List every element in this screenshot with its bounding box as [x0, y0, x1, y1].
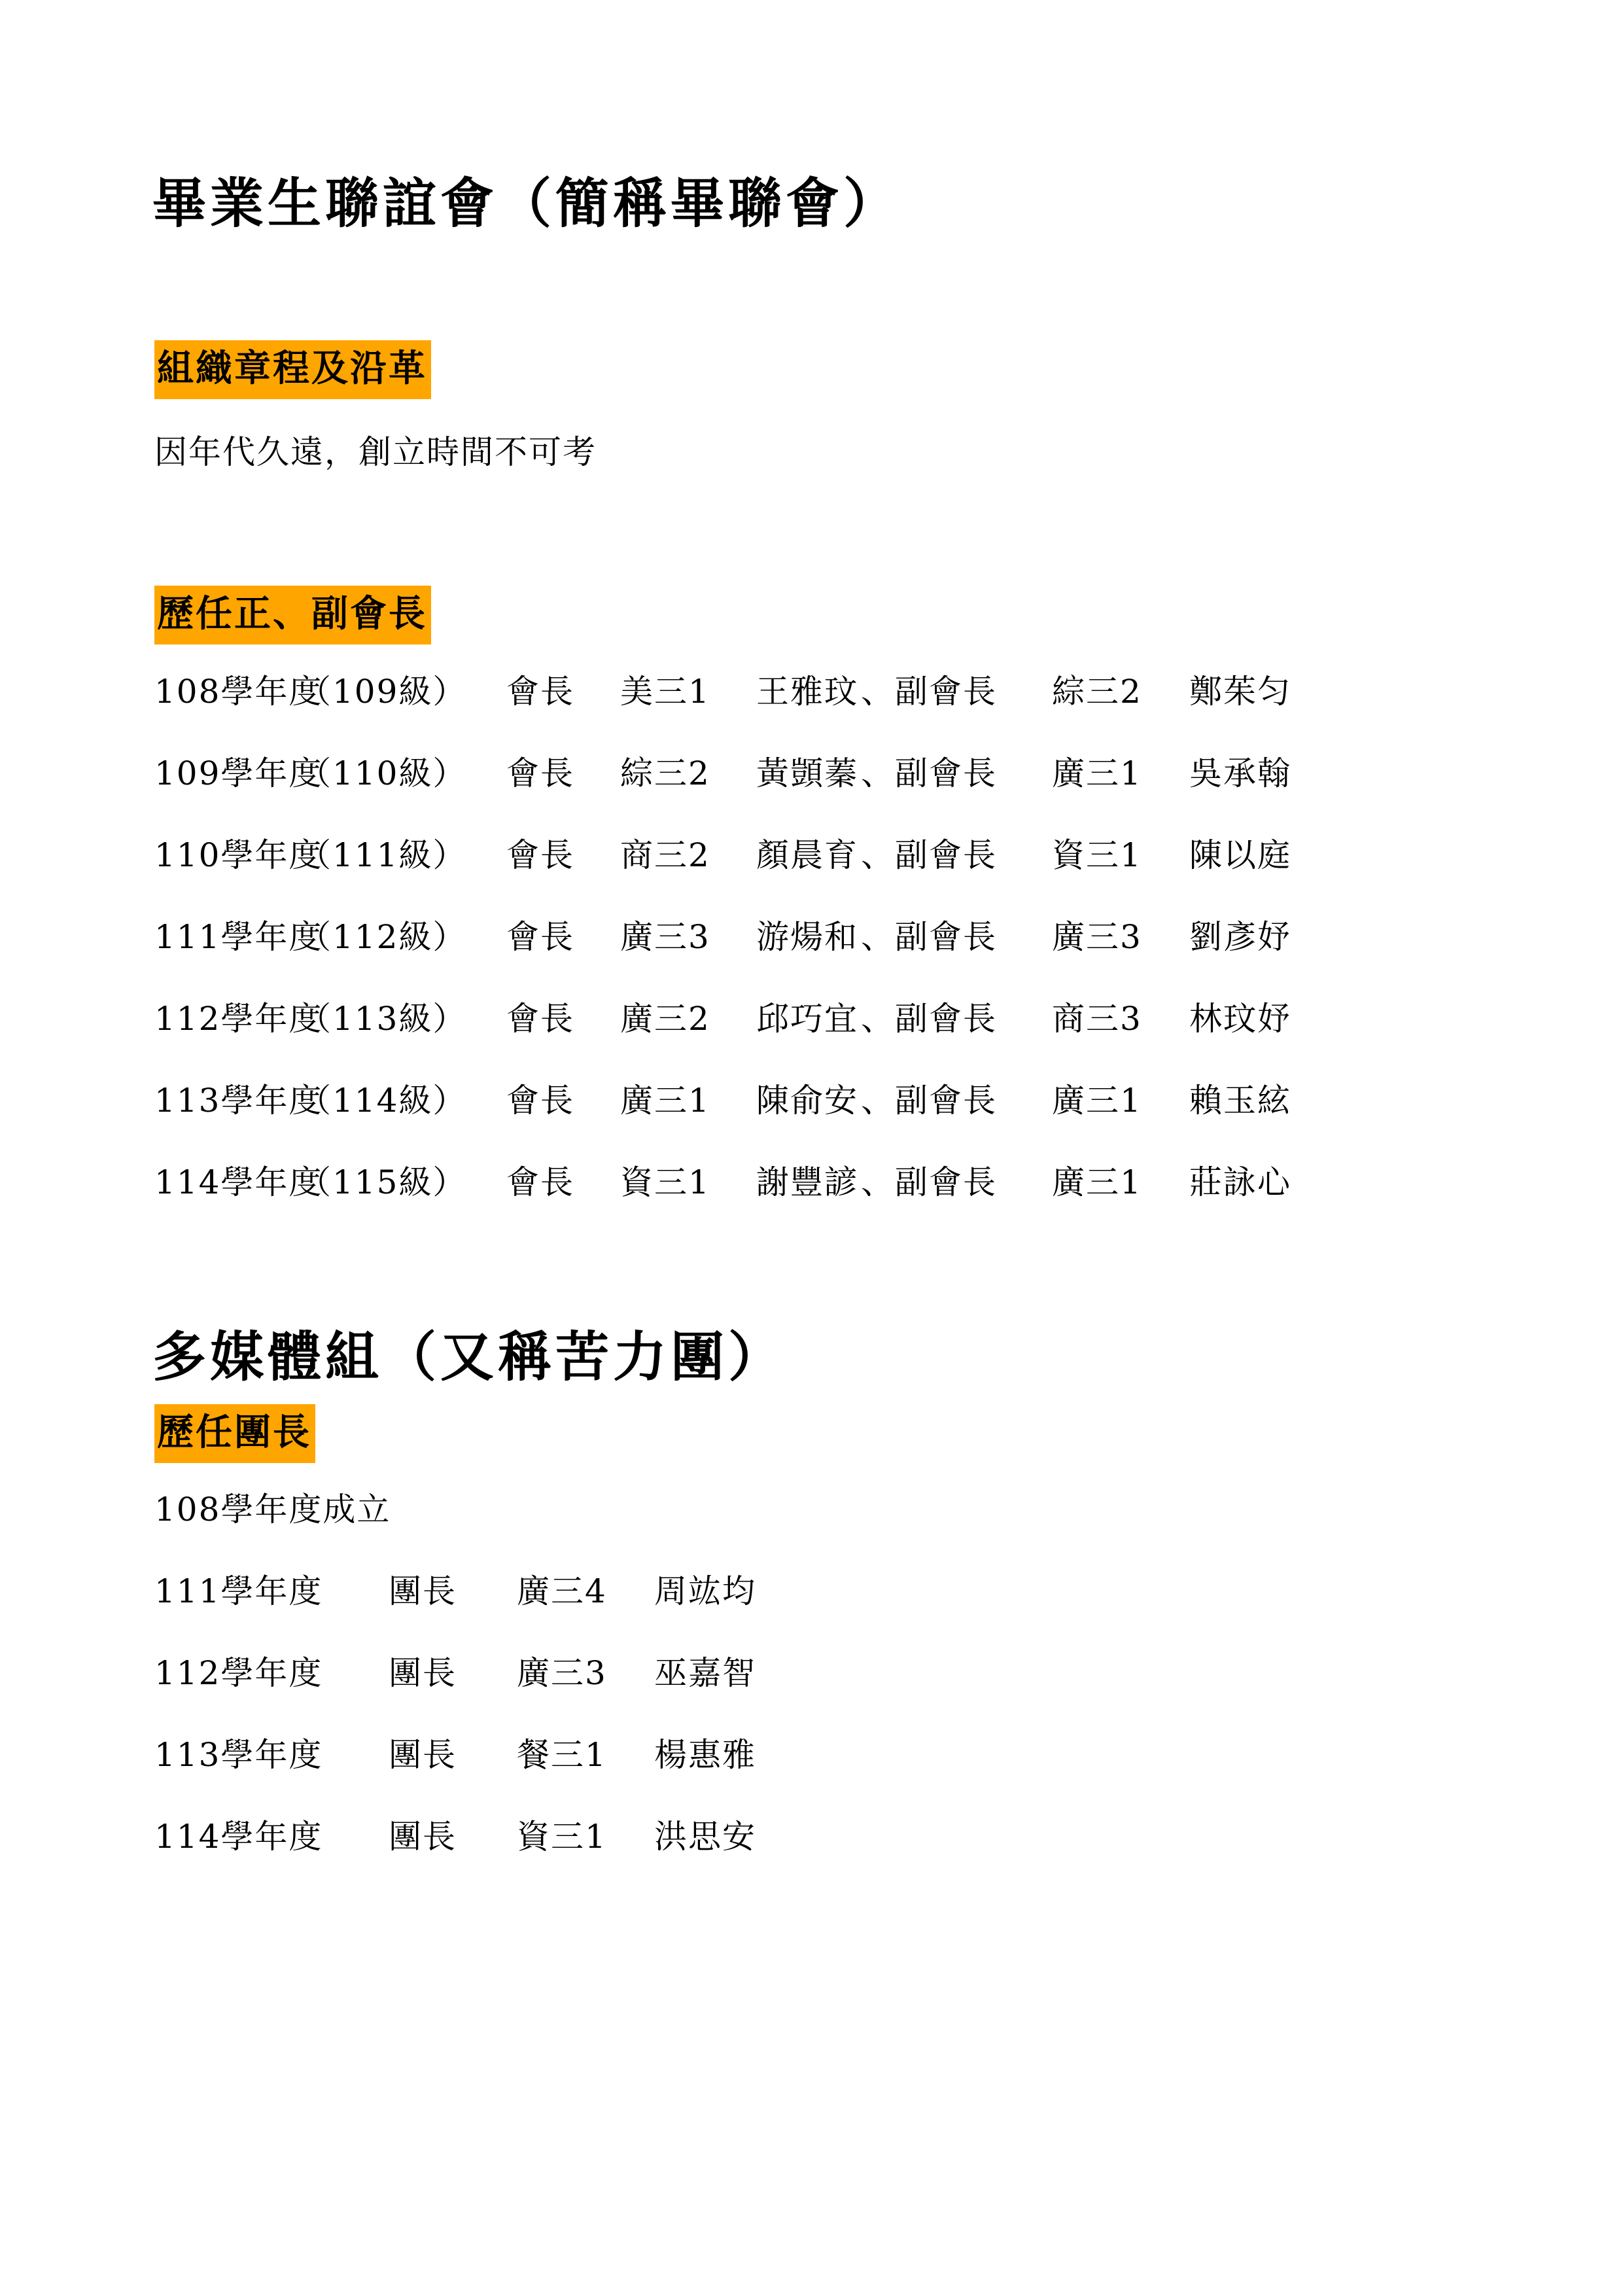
- school-year: 111學年度: [154, 914, 323, 960]
- vice-president-name: 劉彥妤: [1189, 914, 1291, 960]
- vice-president-name: 陳以庭: [1189, 832, 1291, 878]
- grade: （110級）: [298, 751, 466, 796]
- class: 商三2: [620, 832, 710, 878]
- grade: （111級）: [298, 832, 466, 878]
- president-name: 謝豐諺: [756, 1159, 858, 1205]
- president-name: 游煬和: [756, 914, 858, 960]
- vice-president-name: 賴玉絃: [1189, 1078, 1291, 1123]
- school-year: 114學年度: [154, 1814, 323, 1860]
- class: 廣三1: [620, 1078, 710, 1123]
- role: 會長: [506, 996, 574, 1042]
- role: 會長: [506, 751, 574, 796]
- vice-role: 、副會長: [861, 1159, 997, 1205]
- heading-organization-history: 組織章程及沿革: [154, 340, 431, 399]
- school-year: 112學年度: [154, 1650, 323, 1696]
- vice-president-name: 吳承翰: [1189, 751, 1291, 796]
- leader-name: 楊惠雅: [654, 1732, 756, 1778]
- role: 團長: [389, 1732, 457, 1778]
- vice-class: 廣三3: [1052, 914, 1142, 960]
- class: 資三1: [620, 1159, 710, 1205]
- president-name: 顏晨育: [756, 832, 858, 878]
- class: 資三1: [517, 1814, 607, 1860]
- role: 會長: [506, 832, 574, 878]
- president-name: 王雅玟: [756, 669, 858, 715]
- role: 團長: [389, 1650, 457, 1696]
- heading-past-team-leaders: 歷任團長: [154, 1404, 315, 1463]
- class: 餐三1: [517, 1732, 607, 1778]
- role: 會長: [506, 1159, 574, 1205]
- vice-class: 資三1: [1052, 832, 1142, 878]
- grade: （115級）: [298, 1159, 466, 1205]
- vice-role: 、副會長: [861, 914, 997, 960]
- vice-class: 廣三1: [1052, 751, 1142, 796]
- class: 美三1: [620, 669, 710, 715]
- role: 會長: [506, 669, 574, 715]
- organization-history-text: 因年代久遠，創立時間不可考: [154, 429, 597, 475]
- vice-class: 商三3: [1052, 996, 1142, 1042]
- school-year: 109學年度: [154, 751, 323, 796]
- school-year: 113學年度: [154, 1078, 323, 1123]
- leader-name: 巫嘉智: [654, 1650, 756, 1696]
- heading-past-presidents: 歷任正、副會長: [154, 586, 431, 645]
- vice-president-name: 林玟妤: [1189, 996, 1291, 1042]
- vice-role: 、副會長: [861, 669, 997, 715]
- school-year: 113學年度: [154, 1732, 323, 1778]
- role: 會長: [506, 914, 574, 960]
- school-year: 112學年度: [154, 996, 323, 1042]
- role: 團長: [389, 1568, 457, 1614]
- vice-class: 廣三1: [1052, 1078, 1142, 1123]
- president-name: 黃顗蓁: [756, 751, 858, 796]
- class: 廣三3: [620, 914, 710, 960]
- grade: （109級）: [298, 669, 466, 715]
- role: 團長: [389, 1814, 457, 1860]
- vice-role: 、副會長: [861, 996, 997, 1042]
- class: 廣三3: [517, 1650, 607, 1696]
- role: 會長: [506, 1078, 574, 1123]
- leader-name: 周竑均: [654, 1568, 756, 1614]
- vice-class: 綜三2: [1052, 669, 1142, 715]
- vice-role: 、副會長: [861, 1078, 997, 1123]
- section-title-graduate-association: 畢業生聯誼會（簡稱畢聯會）: [152, 171, 901, 237]
- school-year: 110學年度: [154, 832, 323, 878]
- vice-role: 、副會長: [861, 751, 997, 796]
- grade: （112級）: [298, 914, 466, 960]
- vice-role: 、副會長: [861, 832, 997, 878]
- school-year: 111學年度: [154, 1568, 323, 1614]
- leader-name: 洪思安: [654, 1814, 756, 1860]
- president-name: 邱巧宜: [756, 996, 858, 1042]
- founded-text: 108學年度成立: [154, 1487, 391, 1532]
- section-title-multimedia-group: 多媒體組（又稱苦力團）: [152, 1325, 786, 1390]
- class: 廣三4: [517, 1568, 607, 1614]
- school-year: 108學年度: [154, 669, 323, 715]
- vice-president-name: 莊詠心: [1189, 1159, 1291, 1205]
- document-page: 畢業生聯誼會（簡稱畢聯會） 組織章程及沿革 因年代久遠，創立時間不可考 歷任正、…: [0, 0, 1623, 2296]
- class: 廣三2: [620, 996, 710, 1042]
- grade: （113級）: [298, 996, 466, 1042]
- president-name: 陳俞安: [756, 1078, 858, 1123]
- school-year: 114學年度: [154, 1159, 323, 1205]
- vice-president-name: 鄭茱匀: [1189, 669, 1291, 715]
- class: 綜三2: [620, 751, 710, 796]
- grade: （114級）: [298, 1078, 466, 1123]
- vice-class: 廣三1: [1052, 1159, 1142, 1205]
